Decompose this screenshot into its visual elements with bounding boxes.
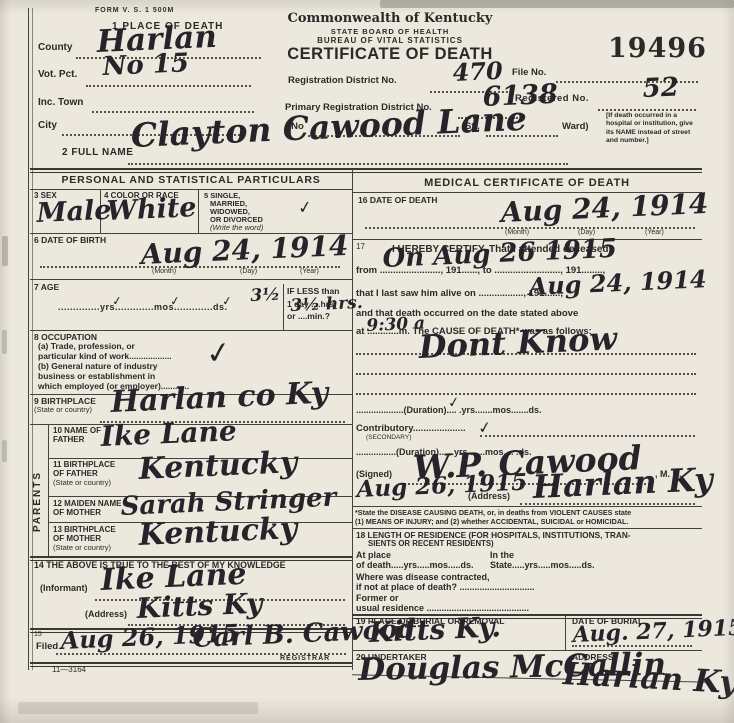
parents-strip-divider: [48, 424, 49, 557]
margin-mark: [2, 330, 7, 354]
secondary-label: (SECONDARY): [366, 434, 411, 441]
fullname-label: 2 FULL NAME: [62, 148, 133, 159]
cause-line-3: [356, 392, 696, 395]
fullname-line: [128, 162, 568, 165]
residence-at-place-2: of death.....yrs.....mos.....ds.: [356, 561, 474, 571]
occupation-line-2: (a) Trade, profession, or: [38, 342, 135, 351]
father-name-value: Ike Lane: [100, 414, 237, 453]
left-rule-1: [30, 189, 352, 190]
serial-number: 19496: [608, 34, 707, 63]
registered-line: [598, 108, 696, 111]
mother-name-label-2: OF MOTHER: [53, 509, 101, 518]
votpct-value: No 15: [102, 48, 190, 82]
mother-bp-value: Kentucky: [138, 511, 298, 553]
hospital-note: [If death occurred in a hospital or inst…: [606, 112, 702, 146]
father-bp-sub-label: (State or country): [53, 479, 111, 487]
residence-in-the-2: State.....yrs.....mos.....ds.: [490, 561, 595, 571]
right-rule-3: [352, 506, 702, 507]
column-divider: [352, 170, 353, 670]
dod-month-label: (Month): [505, 229, 529, 237]
county-label: County: [38, 43, 72, 54]
residence-contracted-2: if not at place of death? ..............…: [356, 583, 535, 593]
certify-time-value: 9:30 a: [366, 313, 426, 336]
inctown-label: Inc. Town: [38, 98, 83, 109]
left-column-heading: PERSONAL AND STATISTICAL PARTICULARS: [30, 175, 352, 186]
left-rule-3: [30, 279, 352, 280]
informant-address-label: (Address): [85, 610, 127, 620]
occupation-line-5: business or establishment in: [38, 372, 155, 381]
birthplace-sub-label: (State or country): [34, 406, 92, 414]
binding-line: [28, 8, 29, 670]
contributory-label: Contributory....................: [356, 424, 466, 434]
form-code: FORM V. S. 1 500M: [95, 7, 174, 15]
age-box-divider: [283, 284, 284, 330]
parents-label: PARENTS: [33, 452, 44, 532]
age-mos-checkmark: ✓: [169, 293, 181, 308]
father-bp-value: Kentucky: [138, 445, 298, 487]
occupation-checkmark: ✓: [204, 334, 234, 372]
occupation-line-4: (b) General nature of industry: [38, 362, 158, 371]
residence-heading-2: SIENTS OR RECENT RESIDENTS): [368, 540, 494, 548]
cause-of-death-value: Dont Know: [418, 319, 618, 366]
dob-year-label: (Year): [300, 268, 319, 276]
right-rule-4: [352, 528, 702, 529]
scan-smudge-top: [380, 0, 734, 8]
burial-divider: [565, 614, 566, 650]
regdist-label: Registration District No.: [288, 76, 397, 86]
mother-bp-sub-label: (State or country): [53, 544, 111, 552]
fileno-label: File No.: [512, 68, 546, 78]
votpct-line: [86, 84, 251, 87]
marital-label-5: (Write the word): [210, 224, 263, 232]
occupation-line-3: particular kind of work.................…: [38, 352, 172, 361]
fullname-value: Clayton Cawood Lane: [130, 99, 528, 155]
form-number: 11—3164: [52, 666, 86, 675]
city-label: City: [38, 121, 57, 132]
header-divider: [30, 168, 702, 173]
contributory-line: [480, 434, 695, 437]
filed-label: Filed: [36, 642, 58, 652]
duration-1-checkmark: ✓: [447, 394, 461, 411]
undertaker-address-value: Harlan Ky: [562, 656, 734, 701]
age-yrs-checkmark: ✓: [111, 293, 123, 308]
certify-num: 17: [356, 243, 365, 252]
dod-year-label: (Year): [645, 229, 664, 237]
marital-checkmark: ✓: [297, 197, 314, 219]
race-marital-divider: [198, 189, 199, 233]
footnote-line-1: *State the DISEASE CAUSING DEATH, or, in…: [355, 509, 631, 517]
father-name-label-2: FATHER: [53, 436, 84, 445]
dod-label: 16 DATE OF DEATH: [358, 196, 438, 205]
informant-label: (Informant): [40, 584, 88, 594]
cause-line-2: [356, 372, 696, 375]
race-value: White: [106, 192, 197, 227]
physician-address-value: Harlan Ky: [532, 460, 714, 506]
registered-value: 52: [642, 72, 679, 104]
margin-mark: [2, 236, 8, 266]
burial-place-value: Kitts Ky.: [368, 610, 502, 649]
dod-value: Aug 24, 1914: [500, 187, 709, 229]
footnote-line-2: (1) MEANS OF INJURY; and (2) whether ACC…: [355, 518, 628, 526]
dob-label: 6 DATE OF BIRTH: [34, 236, 106, 245]
masthead-board: STATE BOARD OF HEALTH: [270, 28, 510, 36]
age-hw-value: 3½: [250, 285, 280, 306]
margin-mark: [2, 440, 7, 462]
scan-smudge-bottom: [18, 702, 258, 714]
binding-line-2: [32, 8, 33, 670]
contributory-checkmark: ✓: [477, 417, 493, 438]
age-box-hw-value: 3½ hrs.: [290, 293, 363, 316]
filed-num: 15: [34, 631, 42, 639]
age-line: ..............yrs.............mos.......…: [58, 303, 228, 313]
right-column-heading: MEDICAL CERTIFICATE OF DEATH: [352, 178, 702, 190]
dob-day-label: (Day): [240, 268, 257, 276]
age-label: 7 AGE: [34, 283, 59, 292]
left-rule-4: [30, 330, 352, 331]
masthead-commonwealth: Commonwealth of Kentucky: [270, 12, 510, 26]
death-certificate-scan: FORM V. S. 1 500M 1 PLACE OF DEATH Count…: [0, 0, 734, 723]
age-ds-checkmark: ✓: [221, 293, 233, 308]
ward-label: Ward): [562, 122, 589, 132]
votpct-label: Vot. Pct.: [38, 70, 77, 81]
sex-value: Male: [36, 195, 112, 229]
